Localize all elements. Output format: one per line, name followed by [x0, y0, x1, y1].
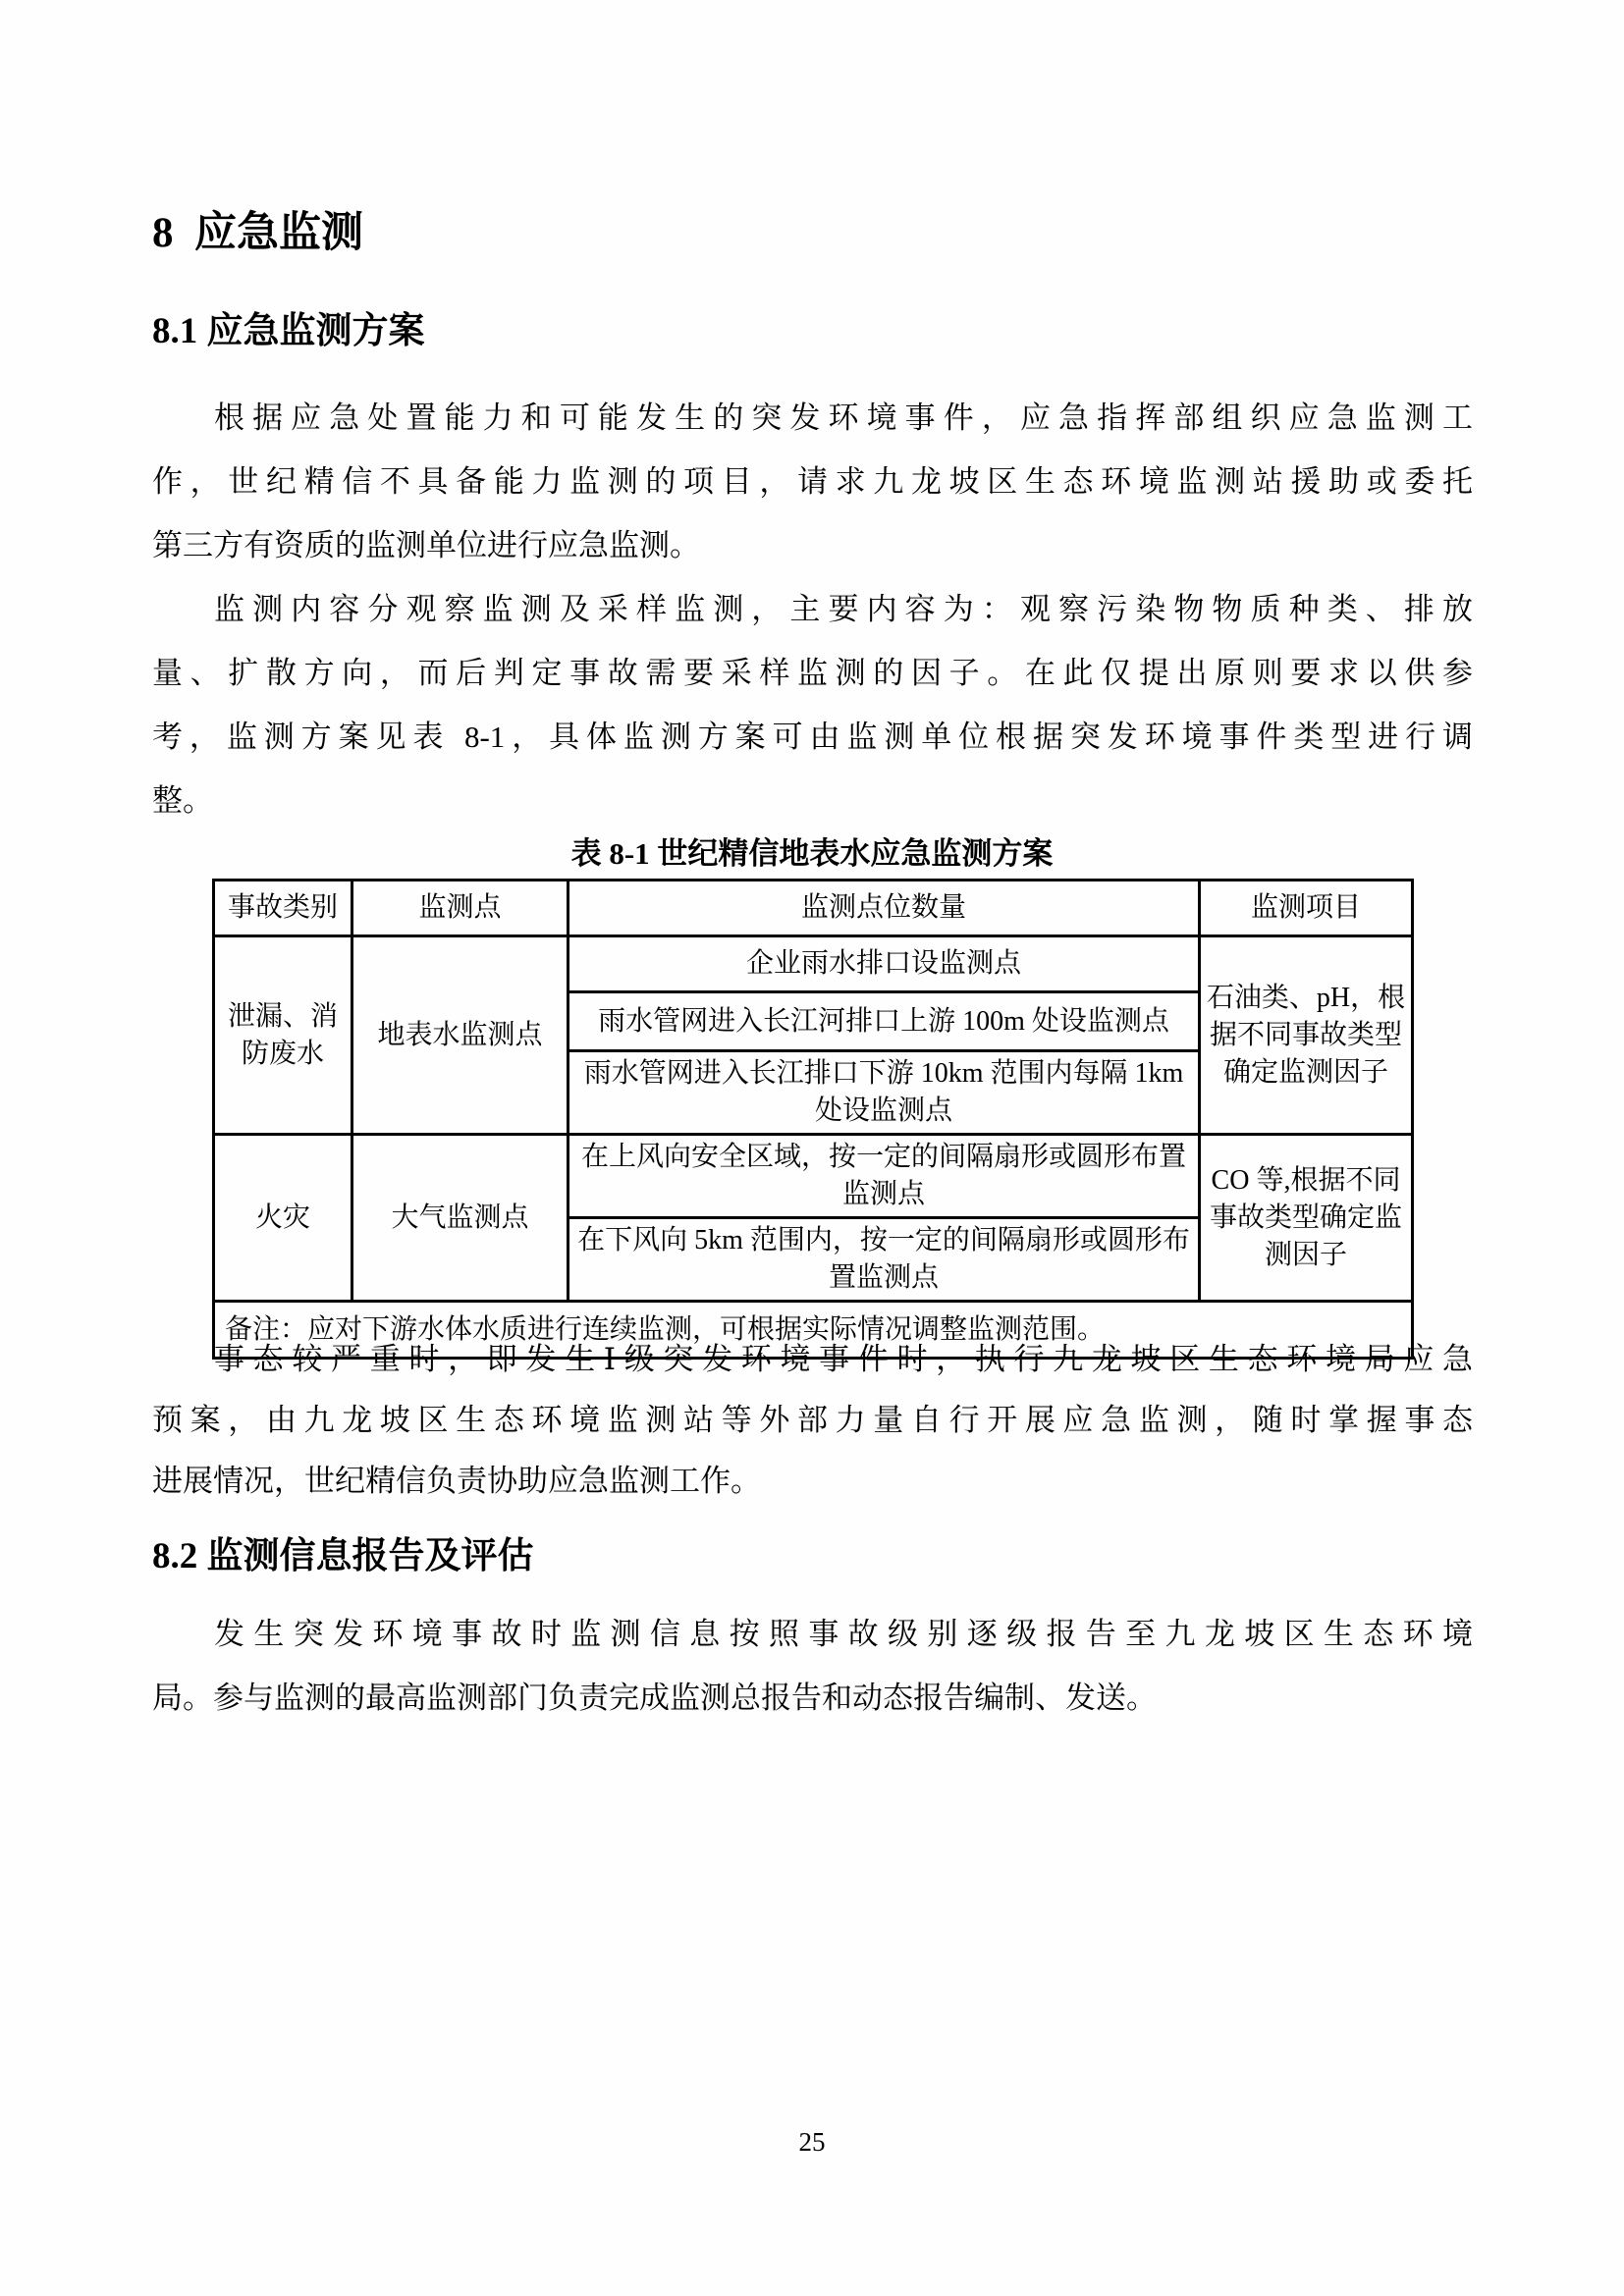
- text-line: 发生突发环境事故时监测信息按照事故级别逐级报告至九龙坡区生态环境: [152, 1602, 1473, 1666]
- monitoring-plan-table: 事故类别 监测点 监测点位数量 监测项目 泄漏、消防废水 地表水监测点 企业雨水…: [212, 879, 1414, 1360]
- table-header-category: 事故类别: [214, 881, 352, 936]
- table-cell-point-air: 大气监测点: [352, 1135, 568, 1302]
- paragraph-report-evaluation: 发生突发环境事故时监测信息按照事故级别逐级报告至九龙坡区生态环境 局。参与监测的…: [152, 1602, 1473, 1730]
- table-cell-category-leak: 泄漏、消防废水: [214, 936, 352, 1135]
- table-cell-items-co: CO 等,根据不同事故类型确定监测因子: [1200, 1135, 1413, 1302]
- table-header-row: 事故类别 监测点 监测点位数量 监测项目: [214, 881, 1413, 936]
- chapter-heading: 8 应急监测: [152, 204, 363, 263]
- paragraph-severe-incident: 事态较严重时，即发生Ⅰ级突发环境事件时，执行九龙坡区生态环境局应急 预案，由九龙…: [152, 1329, 1473, 1512]
- text-line: 根据应急处置能力和可能发生的突发环境事件，应急指挥部组织应急监测工: [152, 386, 1473, 450]
- text-line: 进展情况，世纪精信负责协助应急监测工作。: [152, 1451, 1473, 1512]
- page-number: 25: [0, 2124, 1624, 2160]
- table-caption: 表 8-1 世纪精信地表水应急监测方案: [0, 832, 1624, 876]
- table-cell-point-surface-water: 地表水监测点: [352, 936, 568, 1135]
- section-heading-8-1: 8.1 应急监测方案: [152, 302, 425, 361]
- table-row: 火灾 大气监测点 在上风向安全区域，按一定的间隔扇形或圆形布置监测点 CO 等,…: [214, 1135, 1413, 1218]
- text-line: 监测内容分观察监测及采样监测，主要内容为：观察污染物物质种类、排放: [152, 577, 1473, 641]
- text-line: 整。: [152, 769, 1473, 832]
- text-line: 考，监测方案见表 8-1，具体监测方案可由监测单位根据突发环境事件类型进行调: [152, 705, 1473, 769]
- text-line: 作，世纪精信不具备能力监测的项目，请求九龙坡区生态环境监测站援助或委托: [152, 450, 1473, 513]
- table-row: 泄漏、消防废水 地表水监测点 企业雨水排口设监测点 石油类、pH，根据不同事故类…: [214, 936, 1413, 992]
- table-cell-location: 在上风向安全区域，按一定的间隔扇形或圆形布置监测点: [568, 1135, 1200, 1218]
- table-cell-location: 雨水管网进入长江排口下游 10km 范围内每隔 1km 处设监测点: [568, 1051, 1200, 1135]
- table-cell-location: 企业雨水排口设监测点: [568, 936, 1200, 992]
- text-line: 量、扩散方向，而后判定事故需要采样监测的因子。在此仅提出原则要求以供参: [152, 641, 1473, 705]
- table-cell-location: 在下风向 5km 范围内，按一定的间隔扇形或圆形布置监测点: [568, 1218, 1200, 1302]
- table-cell-category-fire: 火灾: [214, 1135, 352, 1302]
- paragraph-monitoring-content: 监测内容分观察监测及采样监测，主要内容为：观察污染物物质种类、排放 量、扩散方向…: [152, 577, 1473, 832]
- paragraph-monitoring-plan: 根据应急处置能力和可能发生的突发环境事件，应急指挥部组织应急监测工 作，世纪精信…: [152, 386, 1473, 577]
- table-cell-items-oil-ph: 石油类、pH，根据不同事故类型确定监测因子: [1200, 936, 1413, 1135]
- text-line: 局。参与监测的最高监测部门负责完成监测总报告和动态报告编制、发送。: [152, 1666, 1473, 1730]
- document-page: 8 应急监测 8.1 应急监测方案 根据应急处置能力和可能发生的突发环境事件，应…: [0, 0, 1624, 2296]
- section-heading-8-2: 8.2 监测信息报告及评估: [152, 1527, 534, 1586]
- text-line: 事态较严重时，即发生Ⅰ级突发环境事件时，执行九龙坡区生态环境局应急: [152, 1329, 1473, 1390]
- text-line: 预案，由九龙坡区生态环境监测站等外部力量自行开展应急监测，随时掌握事态: [152, 1390, 1473, 1451]
- table-header-point: 监测点: [352, 881, 568, 936]
- table-header-locations: 监测点位数量: [568, 881, 1200, 936]
- table-header-items: 监测项目: [1200, 881, 1413, 936]
- table-cell-location: 雨水管网进入长江河排口上游 100m 处设监测点: [568, 992, 1200, 1051]
- text-line: 第三方有资质的监测单位进行应急监测。: [152, 513, 1473, 577]
